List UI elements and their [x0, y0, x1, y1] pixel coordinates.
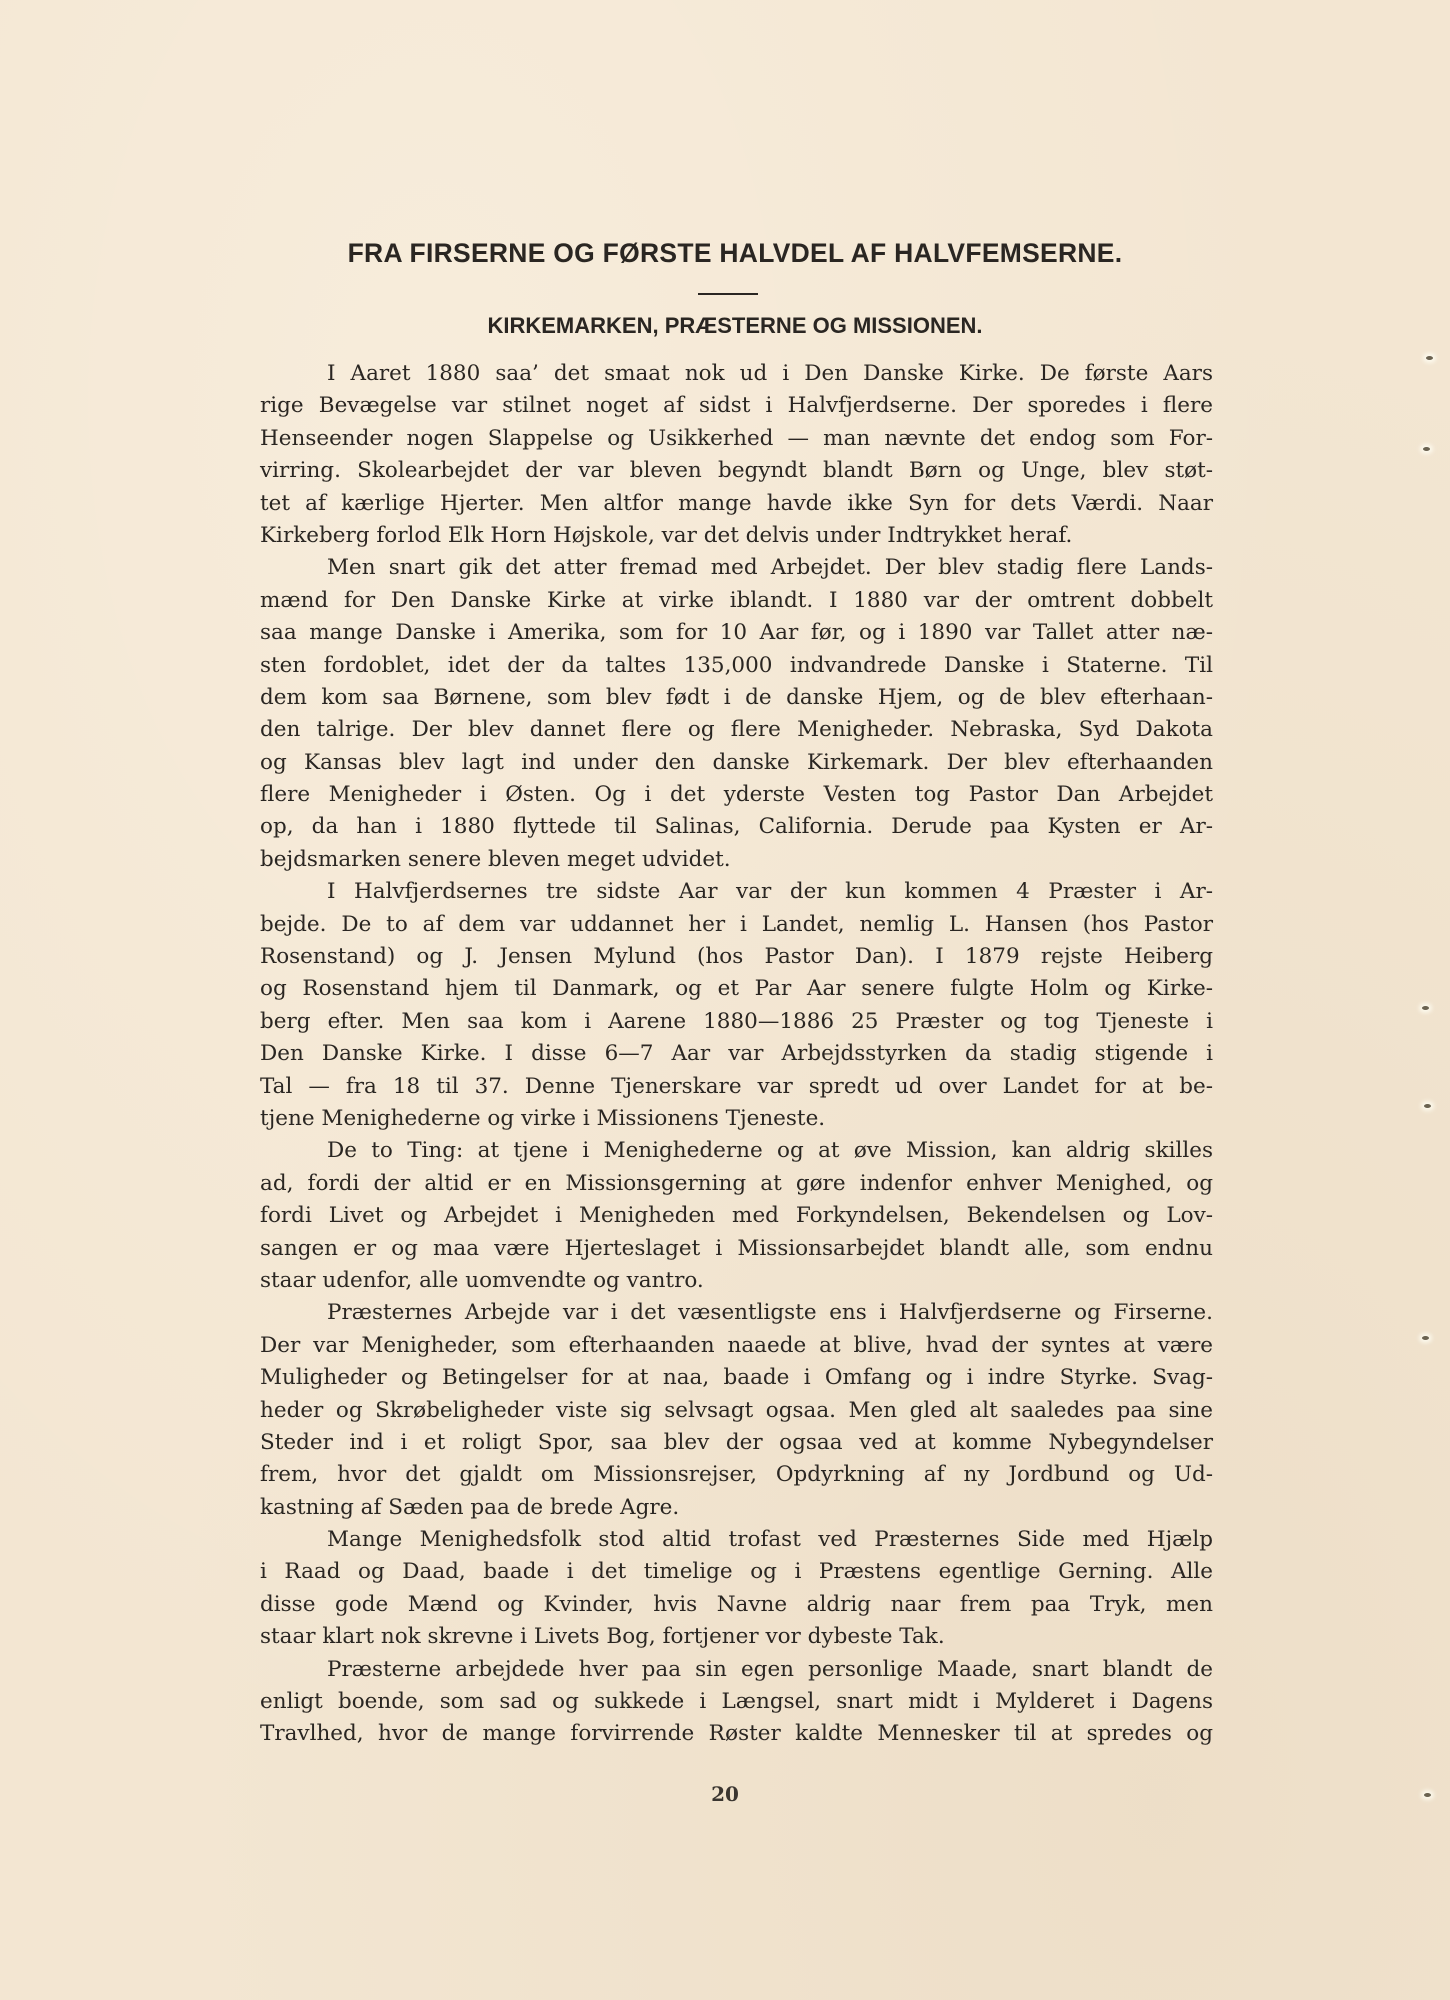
text-line: Rosenstand) og J. Jensen Mylund (hos Pas…: [260, 941, 1213, 973]
text-line: Kirkeberg forlod Elk Horn Højskole, var …: [260, 520, 1213, 552]
paragraph: Præsternes Arbejde var i det væsentligst…: [260, 1297, 1213, 1524]
text-line: Steder ind i et roligt Spor, saa blev de…: [260, 1427, 1213, 1459]
text-line: I Halvfjerdsernes tre sidste Aar var der…: [260, 876, 1213, 908]
text-line: i Raad og Daad, baade i det timelige og …: [260, 1556, 1213, 1588]
text-line: heder og Skrøbeligheder viste sig selvsa…: [260, 1395, 1213, 1427]
section-subtitle: KIRKEMARKEN, PRÆSTERNE OG MISSIONEN.: [255, 313, 1215, 339]
text-line: staar klart nok skrevne i Livets Bog, fo…: [260, 1621, 1213, 1653]
text-line: bejde. De to af dem var uddannet her i L…: [260, 909, 1213, 941]
text-line: rige Bevægelse var stilnet noget af sids…: [260, 390, 1213, 422]
binding-hole-mark: [1424, 1793, 1431, 1797]
text-line: den talrige. Der blev dannet flere og fl…: [260, 714, 1213, 746]
text-line: disse gode Mænd og Kvinder, hvis Navne a…: [260, 1589, 1213, 1621]
text-line: tjene Menighederne og virke i Missionens…: [260, 1103, 1213, 1135]
text-line: Tal — fra 18 til 37. Denne Tjenerskare v…: [260, 1071, 1213, 1103]
chapter-title: FRA FIRSERNE OG FØRSTE HALVDEL AF HALVFE…: [265, 238, 1206, 269]
paragraph: Men snart gik det atter fremad med Arbej…: [260, 552, 1213, 876]
binding-hole-mark: [1422, 1336, 1429, 1340]
text-line: Men snart gik det atter fremad med Arbej…: [260, 552, 1213, 584]
paragraph: I Aaret 1880 saa’ det smaat nok ud i Den…: [260, 358, 1213, 552]
page-number: 20: [700, 1782, 750, 1806]
text-line: staar udenfor, alle uomvendte og vantro.: [260, 1265, 1213, 1297]
text-line: De to Ting: at tjene i Menighederne og a…: [260, 1135, 1213, 1167]
text-line: berg efter. Men saa kom i Aarene 1880—18…: [260, 1006, 1213, 1038]
text-line: Der var Menigheder, som efterhaanden naa…: [260, 1330, 1213, 1362]
binding-hole-mark: [1424, 1104, 1431, 1108]
text-line: flere Menigheder i Østen. Og i det yders…: [260, 779, 1213, 811]
text-line: dem kom saa Børnene, som blev født i de …: [260, 682, 1213, 714]
text-line: enligt boende, som sad og sukkede i Læng…: [260, 1686, 1213, 1718]
body-text: I Aaret 1880 saa’ det smaat nok ud i Den…: [260, 358, 1213, 1751]
text-line: Den Danske Kirke. I disse 6—7 Aar var Ar…: [260, 1038, 1213, 1070]
text-line: Henseender nogen Slappelse og Usikkerhed…: [260, 423, 1213, 455]
text-line: Præsterne arbejdede hver paa sin egen pe…: [260, 1654, 1213, 1686]
text-line: I Aaret 1880 saa’ det smaat nok ud i Den…: [260, 358, 1213, 390]
paragraph: Præsterne arbejdede hver paa sin egen pe…: [260, 1654, 1213, 1751]
text-line: virring. Skolearbejdet der var bleven be…: [260, 455, 1213, 487]
text-line: frem, hvor det gjaldt om Missionsrejser,…: [260, 1459, 1213, 1491]
text-line: op, da han i 1880 flyttede til Salinas, …: [260, 811, 1213, 843]
text-line: og Kansas blev lagt ind under den danske…: [260, 747, 1213, 779]
text-line: Travlhed, hvor de mange forvirrende Røst…: [260, 1718, 1213, 1750]
text-line: fordi Livet og Arbejdet i Menigheden med…: [260, 1200, 1213, 1232]
text-line: mænd for Den Danske Kirke at virke iblan…: [260, 585, 1213, 617]
text-line: og Rosenstand hjem til Danmark, og et Pa…: [260, 973, 1213, 1005]
binding-hole-mark: [1422, 1006, 1429, 1010]
paragraph: De to Ting: at tjene i Menighederne og a…: [260, 1135, 1213, 1297]
text-line: tet af kærlige Hjerter. Men altfor mange…: [260, 488, 1213, 520]
text-line: sangen er og maa være Hjerteslaget i Mis…: [260, 1233, 1213, 1265]
text-line: kastning af Sæden paa de brede Agre.: [260, 1492, 1213, 1524]
text-line: Muligheder og Betingelser for at naa, ba…: [260, 1362, 1213, 1394]
text-line: Præsternes Arbejde var i det væsentligst…: [260, 1297, 1213, 1329]
text-line: bejdsmarken senere bleven meget udvidet.: [260, 844, 1213, 876]
binding-hole-mark: [1426, 356, 1433, 360]
title-divider: [698, 293, 758, 295]
paragraph: Mange Menighedsfolk stod altid trofast v…: [260, 1524, 1213, 1654]
binding-hole-mark: [1423, 447, 1430, 451]
text-line: saa mange Danske i Amerika, som for 10 A…: [260, 617, 1213, 649]
text-line: ad, fordi der altid er en Missionsgernin…: [260, 1168, 1213, 1200]
paragraph: I Halvfjerdsernes tre sidste Aar var der…: [260, 876, 1213, 1135]
text-line: Mange Menighedsfolk stod altid trofast v…: [260, 1524, 1213, 1556]
text-line: sten fordoblet, idet der da taltes 135,0…: [260, 650, 1213, 682]
